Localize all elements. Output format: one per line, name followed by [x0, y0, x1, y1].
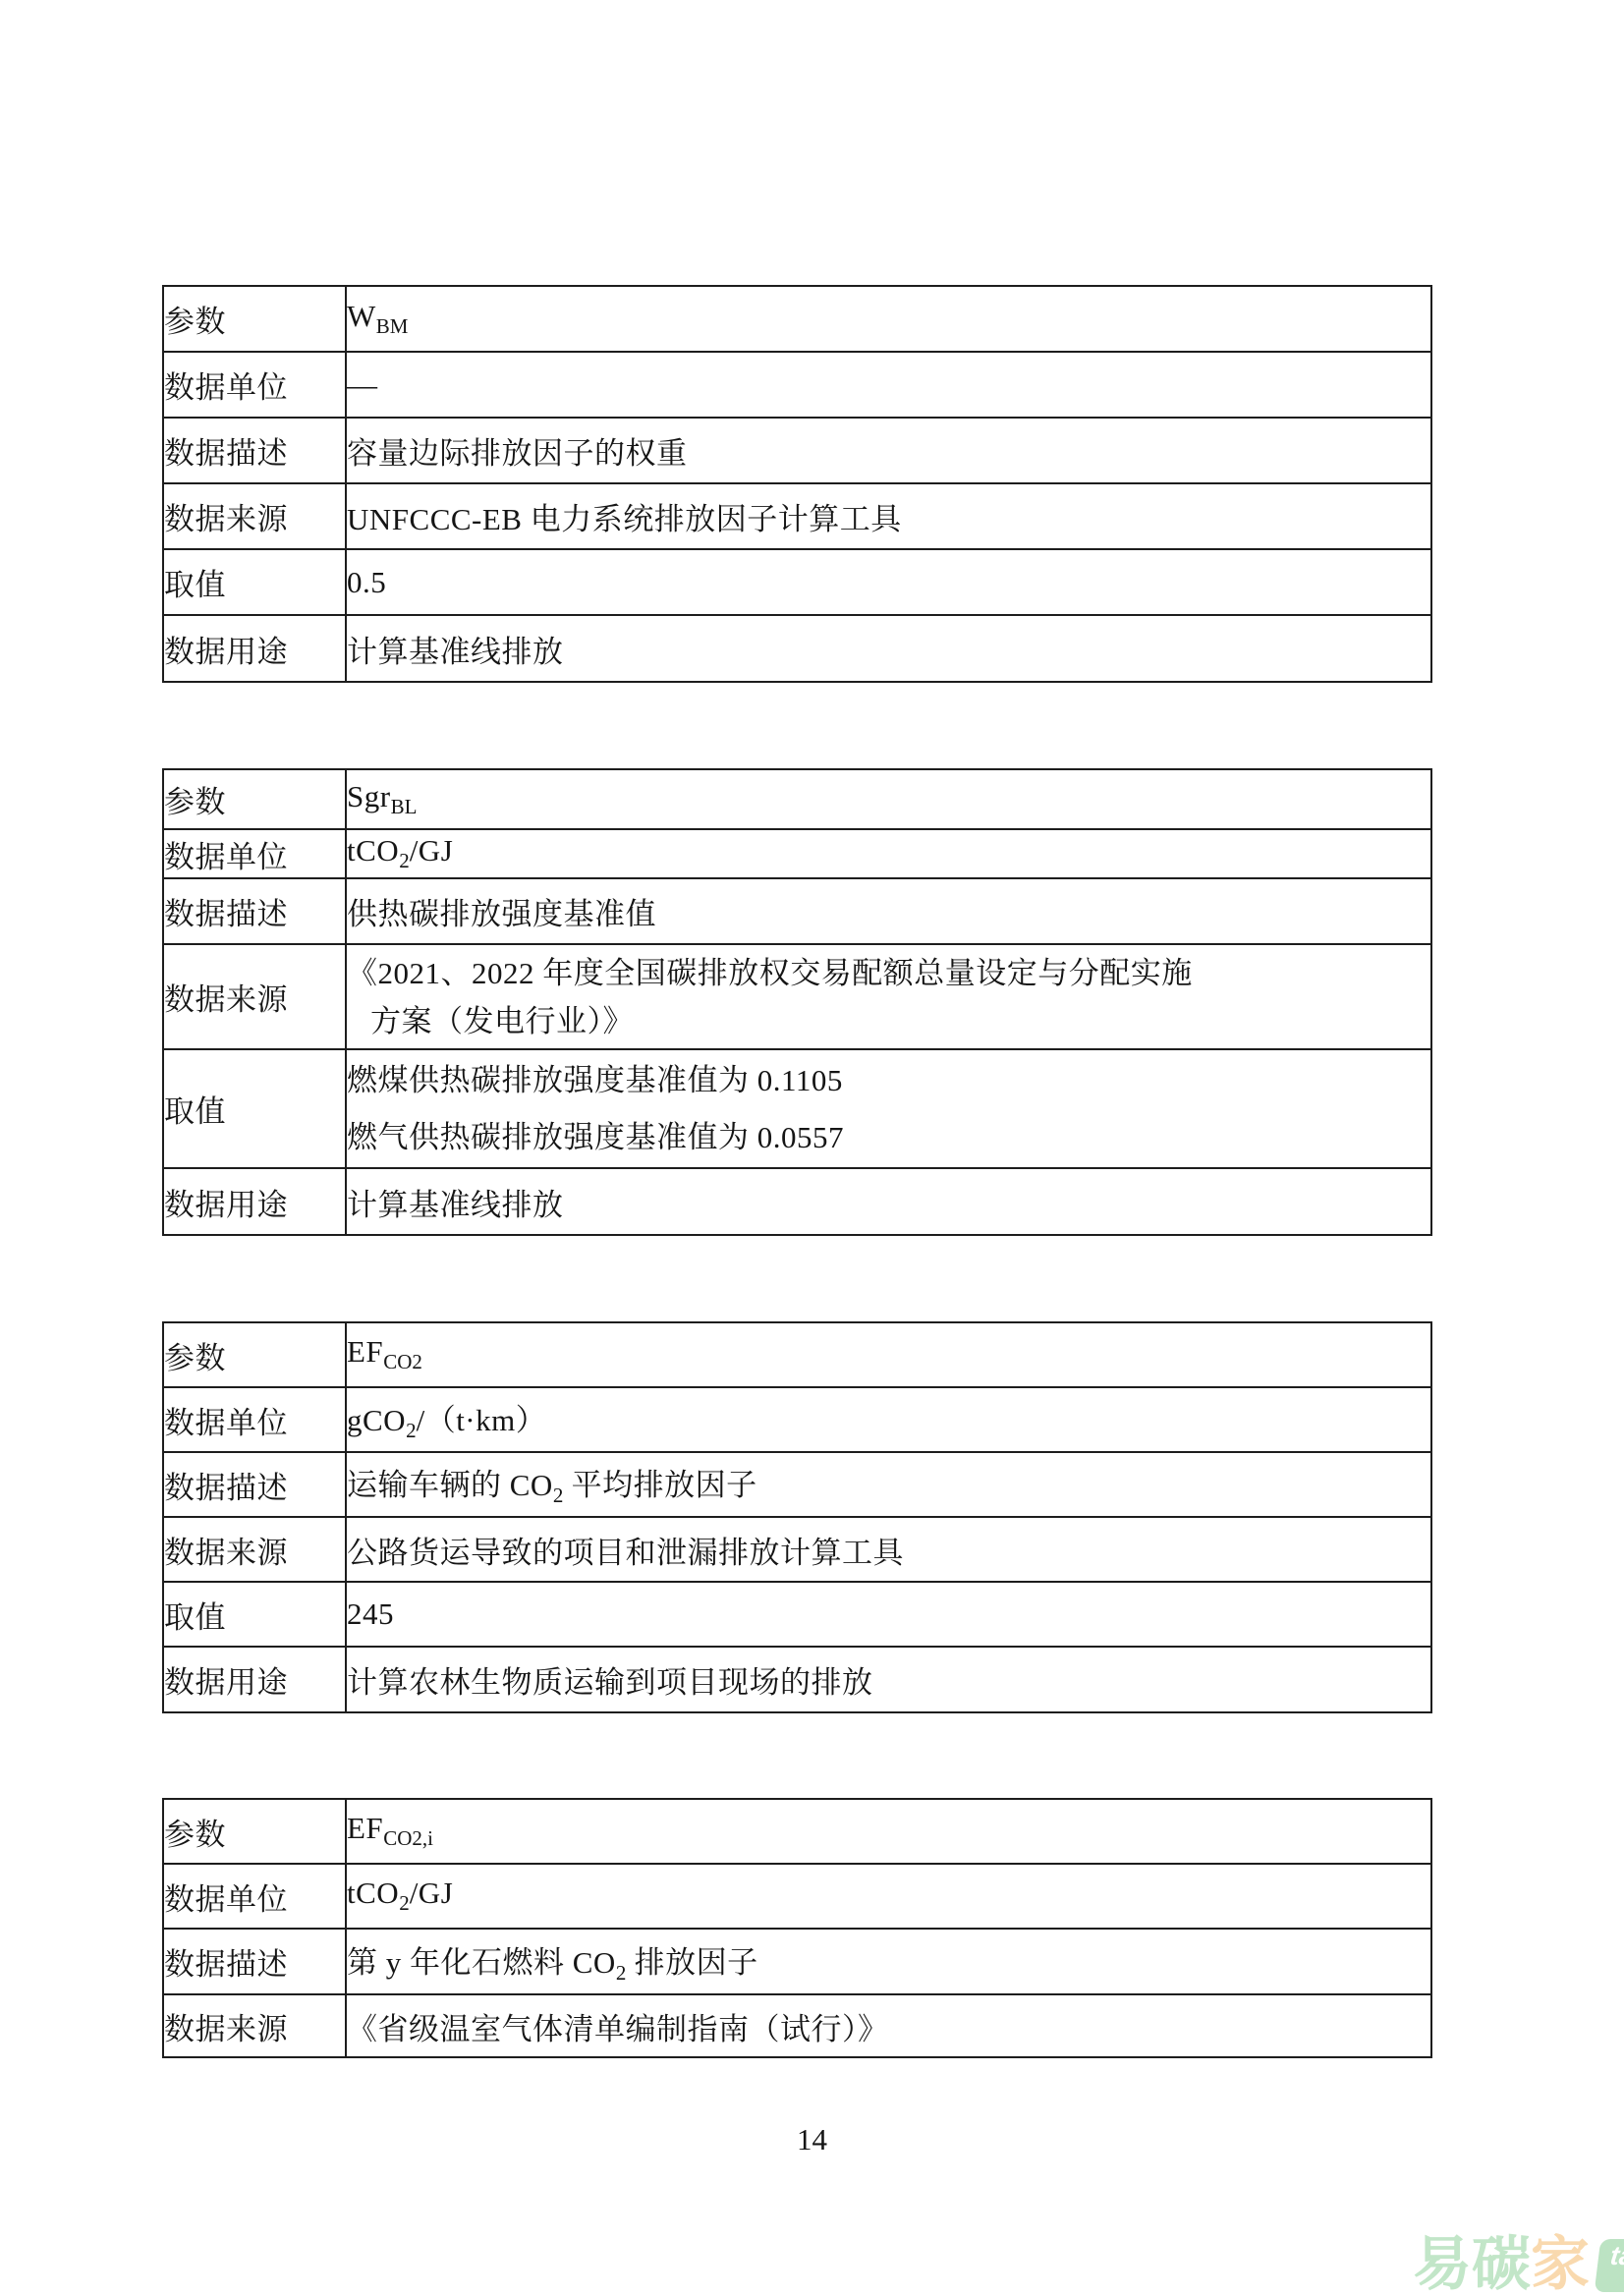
watermark-badge: tanjiaoyi.com	[1595, 2239, 1624, 2292]
subscript: 2	[399, 1892, 410, 1916]
row-value: 计算基准线排放	[346, 615, 1431, 682]
row-label: 数据描述	[163, 418, 346, 483]
row-label: 取值	[163, 1049, 346, 1168]
row-label: 取值	[163, 1582, 346, 1647]
desc-text: 平均排放因子	[563, 1468, 756, 1502]
unit-text: tCO	[347, 833, 399, 868]
watermark-cjk-orange: 家	[1531, 2233, 1590, 2296]
row-label: 数据单位	[163, 1864, 346, 1929]
site-watermark: 易碳家tanjiaoyi.com	[1413, 2222, 1624, 2296]
subscript: BL	[391, 795, 418, 818]
subscript: 2	[399, 850, 410, 873]
table-row: 数据单位 —	[163, 352, 1431, 418]
desc-text: 运输车辆的 CO	[347, 1468, 553, 1502]
unit-text: /GJ	[410, 1876, 454, 1910]
source-line: 方案（发电行业）》	[347, 997, 1430, 1045]
table-row: 取值 0.5	[163, 549, 1431, 615]
param-symbol: EF	[347, 1811, 383, 1845]
subscript: 2	[616, 1961, 627, 1985]
table-row: 数据来源 公路货运导致的项目和泄漏排放计算工具	[163, 1517, 1431, 1582]
row-label: 数据单位	[163, 352, 346, 418]
row-value: 燃煤供热碳排放强度基准值为 0.1105 燃气供热碳排放强度基准值为 0.055…	[346, 1049, 1431, 1168]
unit-text: gCO	[347, 1403, 406, 1437]
table-row: 数据用途 计算基准线排放	[163, 1168, 1431, 1235]
parameter-table-efco2i: 参数 EFCO2,i 数据单位 tCO2/GJ 数据描述 第 y 年化石燃料 C…	[162, 1798, 1432, 2058]
row-label: 数据描述	[163, 1452, 346, 1517]
desc-text: 排放因子	[626, 1945, 757, 1980]
row-value: 供热碳排放强度基准值	[346, 878, 1431, 944]
row-label: 数据用途	[163, 1647, 346, 1712]
row-label: 参数	[163, 769, 346, 829]
table-row: 取值 燃煤供热碳排放强度基准值为 0.1105 燃气供热碳排放强度基准值为 0.…	[163, 1049, 1431, 1168]
table-row: 数据单位 tCO2/GJ	[163, 829, 1431, 878]
parameter-table-efco2: 参数 EFCO2 数据单位 gCO2/（t·km） 数据描述 运输车辆的 CO2…	[162, 1321, 1432, 1713]
table-row: 数据用途 计算基准线排放	[163, 615, 1431, 682]
row-label: 数据来源	[163, 1994, 346, 2057]
row-label: 数据用途	[163, 615, 346, 682]
row-label: 参数	[163, 286, 346, 352]
param-symbol: W	[347, 299, 376, 333]
table-row: 取值 245	[163, 1582, 1431, 1647]
table-row: 数据单位 tCO2/GJ	[163, 1864, 1431, 1929]
subscript: CO2,i	[383, 1827, 433, 1851]
row-value: gCO2/（t·km）	[346, 1387, 1431, 1452]
table-row: 数据用途 计算农林生物质运输到项目现场的排放	[163, 1647, 1431, 1712]
row-label: 数据来源	[163, 944, 346, 1049]
row-value: WBM	[346, 286, 1431, 352]
subscript: 2	[553, 1484, 564, 1508]
param-symbol: Sgr	[347, 779, 391, 813]
table-row: 数据描述 运输车辆的 CO2 平均排放因子	[163, 1452, 1431, 1517]
row-value: 运输车辆的 CO2 平均排放因子	[346, 1452, 1431, 1517]
desc-text: 第 y 年化石燃料 CO	[347, 1945, 616, 1980]
parameter-table-sgrbl: 参数 SgrBL 数据单位 tCO2/GJ 数据描述 供热碳排放强度基准值 数据…	[162, 768, 1432, 1236]
table-row: 数据来源 《省级温室气体清单编制指南（试行）》	[163, 1994, 1431, 2057]
table-row: 参数 EFCO2	[163, 1322, 1431, 1387]
unit-text: tCO	[347, 1876, 399, 1910]
watermark-badge-line2: .com	[1606, 2269, 1624, 2287]
row-value: 容量边际排放因子的权重	[346, 418, 1431, 483]
row-label: 数据用途	[163, 1168, 346, 1235]
row-value: 《2021、2022 年度全国碳排放权交易配额总量设定与分配实施 方案（发电行业…	[346, 944, 1431, 1049]
param-symbol: EF	[347, 1334, 383, 1369]
page-number: 14	[0, 2122, 1624, 2157]
row-value: 计算农林生物质运输到项目现场的排放	[346, 1647, 1431, 1712]
subscript: 2	[406, 1420, 417, 1443]
table-row: 参数 EFCO2,i	[163, 1799, 1431, 1864]
row-label: 数据描述	[163, 878, 346, 944]
value-line: 燃气供热碳排放强度基准值为 0.0557	[347, 1109, 1430, 1166]
table-row: 数据单位 gCO2/（t·km）	[163, 1387, 1431, 1452]
source-line: 《2021、2022 年度全国碳排放权交易配额总量设定与分配实施	[347, 949, 1430, 997]
table-row: 参数 SgrBL	[163, 769, 1431, 829]
row-label: 参数	[163, 1799, 346, 1864]
parameter-table-wbm: 参数 WBM 数据单位 — 数据描述 容量边际排放因子的权重 数据来源 UNFC…	[162, 285, 1432, 683]
table-row: 参数 WBM	[163, 286, 1431, 352]
table-row: 数据描述 第 y 年化石燃料 CO2 排放因子	[163, 1929, 1431, 1994]
value-line: 燃煤供热碳排放强度基准值为 0.1105	[347, 1052, 1430, 1109]
row-label: 数据单位	[163, 1387, 346, 1452]
row-value: —	[346, 352, 1431, 418]
table-row: 数据来源 UNFCCC-EB 电力系统排放因子计算工具	[163, 483, 1431, 549]
row-label: 数据来源	[163, 483, 346, 549]
row-value: 计算基准线排放	[346, 1168, 1431, 1235]
row-value: 《省级温室气体清单编制指南（试行）》	[346, 1994, 1431, 2057]
subscript: BM	[376, 314, 409, 338]
table-row: 数据来源 《2021、2022 年度全国碳排放权交易配额总量设定与分配实施 方案…	[163, 944, 1431, 1049]
row-value: EFCO2,i	[346, 1799, 1431, 1864]
row-label: 数据描述	[163, 1929, 346, 1994]
row-value: 第 y 年化石燃料 CO2 排放因子	[346, 1929, 1431, 1994]
unit-text: /GJ	[410, 833, 454, 868]
table-row: 数据描述 容量边际排放因子的权重	[163, 418, 1431, 483]
subscript: CO2	[383, 1351, 422, 1374]
row-value: EFCO2	[346, 1322, 1431, 1387]
row-label: 数据单位	[163, 829, 346, 878]
row-value: 0.5	[346, 549, 1431, 615]
row-label: 参数	[163, 1322, 346, 1387]
row-label: 取值	[163, 549, 346, 615]
row-value: 245	[346, 1582, 1431, 1647]
row-value: UNFCCC-EB 电力系统排放因子计算工具	[346, 483, 1431, 549]
row-value: tCO2/GJ	[346, 829, 1431, 878]
row-value: SgrBL	[346, 769, 1431, 829]
table-row: 数据描述 供热碳排放强度基准值	[163, 878, 1431, 944]
watermark-badge-line1: tanjiaoyi	[1609, 2242, 1624, 2269]
row-value: 公路货运导致的项目和泄漏排放计算工具	[346, 1517, 1431, 1582]
row-label: 数据来源	[163, 1517, 346, 1582]
unit-text: /（t·km）	[417, 1403, 547, 1437]
watermark-cjk-green: 易碳	[1413, 2233, 1531, 2296]
row-value: tCO2/GJ	[346, 1864, 1431, 1929]
